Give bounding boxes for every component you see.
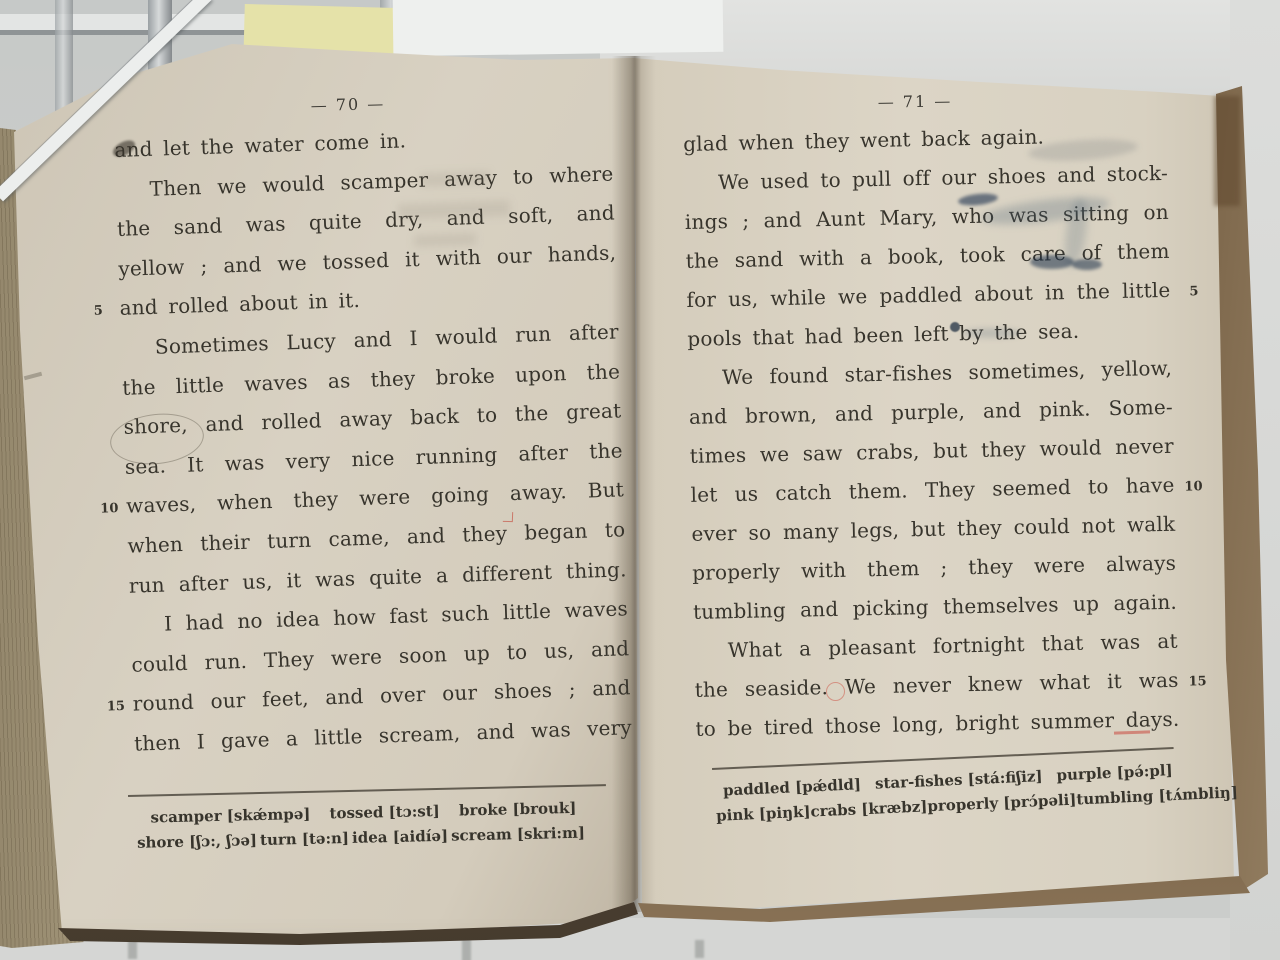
- vocab-entry: pink [piŋk]: [716, 800, 811, 829]
- background-line: [695, 940, 704, 958]
- ink-smudge: [950, 322, 960, 332]
- vocab-entry: scamper [skǽmpə]: [150, 802, 310, 831]
- cover-wear-mark: [1214, 96, 1240, 206]
- vocab-entry: shore [ʃɔ:, ʃɔə]: [137, 828, 257, 856]
- line-number: 5: [1189, 284, 1198, 299]
- red-pen-circle: [826, 682, 845, 701]
- ink-smudge: [1030, 255, 1074, 269]
- vocab-entry: crabs [kræbz]: [810, 794, 928, 824]
- page-number-header-71: — 71 —: [830, 91, 1000, 113]
- vocab-footer-page-70: scamper [skǽmpə] tossed [tɔ:st] broke [b…: [128, 784, 607, 856]
- print-bleed-ghost: [414, 233, 476, 247]
- print-bleed-ghost: [420, 171, 490, 187]
- ink-smudge: [1072, 259, 1102, 270]
- line-number: 10: [1184, 479, 1202, 494]
- vocab-entry: tossed [tɔ:st]: [329, 799, 440, 826]
- loose-paper: [393, 0, 724, 56]
- ink-smudge: [962, 328, 1022, 338]
- line-number: 5: [93, 304, 103, 319]
- red-pen-tick: [503, 512, 513, 522]
- background-line: [462, 938, 471, 960]
- line-number: 10: [100, 501, 119, 517]
- page-71-text-column: glad when they went back again. We used …: [683, 122, 1180, 756]
- vocab-entry: turn [tə:n]: [260, 826, 350, 853]
- line-number: 15: [107, 699, 126, 715]
- vocab-entry: broke [brouk]: [459, 796, 577, 824]
- line-number: 15: [1188, 674, 1206, 689]
- vocab-entry: scream [skri:m]: [451, 821, 585, 849]
- vocab-entry: idea [aidíə]: [352, 824, 449, 851]
